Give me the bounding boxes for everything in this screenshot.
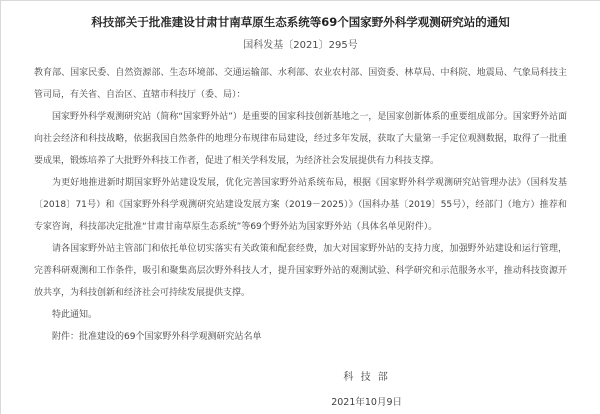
notice-document: 科技部关于批准建设甘肃甘南草原生态系统等69个国家野外科学观测研究站的通知 国科… <box>0 0 600 414</box>
signer-name: 科 技 部 <box>331 371 402 385</box>
body-paragraph-1: 国家野外科学观测研究站（简称“国家野外站”）是重要的国家科技创新基地之一，是国家… <box>34 106 567 172</box>
document-number: 国科发基〔2021〕295号 <box>34 39 567 53</box>
body-paragraph-2: 为更好地推进新时期国家野外站建设发展，优化完善国家野外站系统布局，根据《国家野外… <box>34 172 567 238</box>
document-title: 科技部关于批准建设甘肃甘南草原生态系统等69个国家野外科学观测研究站的通知 <box>34 14 567 30</box>
recipients-line: 教育部、国家民委、自然资源部、生态环境部、交通运输部、水利部、农业农村部、国资委… <box>34 62 567 106</box>
document-body: 教育部、国家民委、自然资源部、生态环境部、交通运输部、水利部、农业农村部、国资委… <box>34 62 567 348</box>
attachment-line: 附件：批准建设的69个国家野外科学观测研究站名单 <box>34 326 567 348</box>
body-paragraph-3: 请各国家野外站主管部门和依托单位切实落实有关政策和配套经费，加大对国家野外站的支… <box>34 238 567 304</box>
closing-line: 特此通知。 <box>34 304 567 326</box>
signature-date: 2021年10月9日 <box>331 396 402 409</box>
signature-block: 科 技 部 2021年10月9日 <box>331 371 402 409</box>
